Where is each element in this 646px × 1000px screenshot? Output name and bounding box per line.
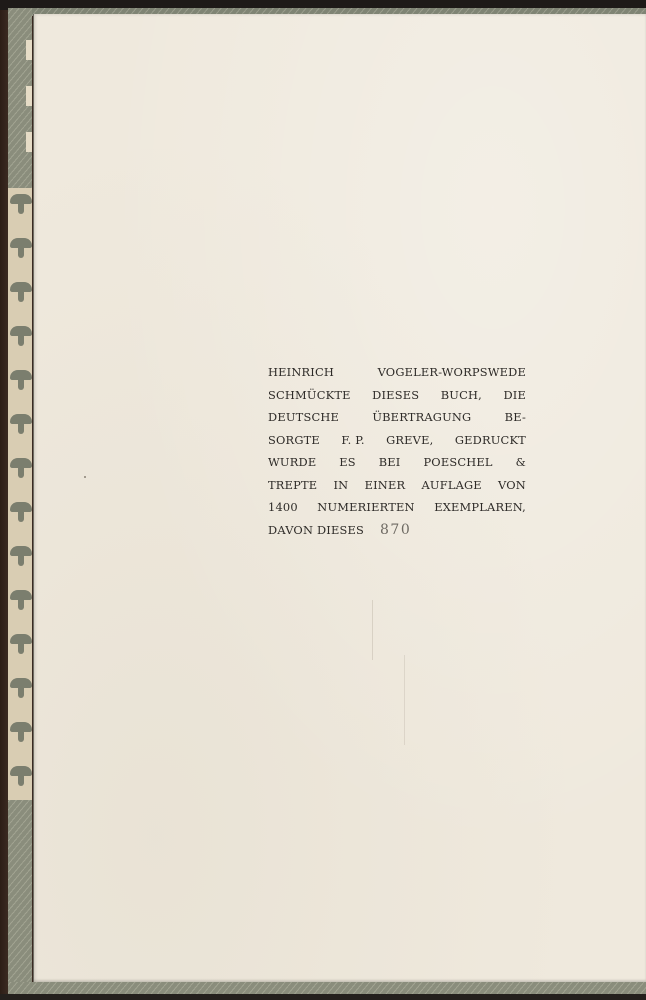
paper-crease bbox=[372, 600, 373, 660]
word: & bbox=[516, 451, 526, 474]
cloth-binding-left-bottom bbox=[8, 800, 32, 1000]
cloth-notch bbox=[26, 132, 32, 152]
paper-speck bbox=[84, 476, 86, 478]
colophon-line: SCHMÜCKTEDIESESBUCH,DIE bbox=[268, 384, 526, 407]
mushroom-icon bbox=[10, 546, 32, 568]
word: WURDE bbox=[268, 451, 316, 474]
word: DIESES bbox=[372, 384, 419, 407]
mushroom-icon bbox=[10, 194, 32, 216]
word: SORGTE bbox=[268, 429, 320, 452]
mushroom-endpaper-strip bbox=[8, 188, 32, 800]
book-cover-edge bbox=[0, 0, 8, 1000]
colophon-line: HEINRICHVOGELER-WORPSWEDE bbox=[268, 361, 526, 384]
word: TREPTE bbox=[268, 474, 317, 497]
word: 1400 bbox=[268, 496, 298, 519]
colophon-line-copy-number: DAVON DIESES 870 bbox=[268, 519, 526, 542]
mushroom-icon bbox=[10, 722, 32, 744]
word: BE- bbox=[505, 406, 526, 429]
word: VON bbox=[498, 474, 526, 497]
word: GEDRUCKT bbox=[455, 429, 526, 452]
word: NUMERIERTEN bbox=[317, 496, 414, 519]
word: F. P. bbox=[341, 429, 364, 452]
word: EINER bbox=[365, 474, 406, 497]
word: BUCH, bbox=[441, 384, 482, 407]
copy-number-stamp: 870 bbox=[380, 519, 411, 542]
colophon-line: DEUTSCHEÜBERTRAGUNGBE- bbox=[268, 406, 526, 429]
mushroom-icon bbox=[10, 370, 32, 392]
mushroom-icon bbox=[10, 678, 32, 700]
word: IN bbox=[333, 474, 348, 497]
word: ÜBERTRAGUNG bbox=[372, 406, 471, 429]
colophon-line: 1400NUMERIERTENEXEMPLAREN, bbox=[268, 496, 526, 519]
cloth-notch bbox=[26, 86, 32, 106]
cloth-notch bbox=[26, 40, 32, 60]
mushroom-icon bbox=[10, 326, 32, 348]
colophon-line: SORGTEF. P.GREVE,GEDRUCKT bbox=[268, 429, 526, 452]
mushroom-icon bbox=[10, 502, 32, 524]
word: DEUTSCHE bbox=[268, 406, 339, 429]
word: AUFLAGE bbox=[421, 474, 481, 497]
mushroom-icon bbox=[10, 766, 32, 788]
word: BEI bbox=[379, 451, 401, 474]
paper-crease bbox=[404, 655, 405, 745]
mushroom-icon bbox=[10, 414, 32, 436]
colophon-line: TREPTEINEINERAUFLAGEVON bbox=[268, 474, 526, 497]
colophon-line: WURDEESBEIPOESCHEL& bbox=[268, 451, 526, 474]
mushroom-icon bbox=[10, 458, 32, 480]
mushroom-icon bbox=[10, 238, 32, 260]
colophon-text-block: HEINRICHVOGELER-WORPSWEDE SCHMÜCKTEDIESE… bbox=[268, 361, 526, 541]
word: DIE bbox=[503, 384, 526, 407]
davon-dieses-label: DAVON DIESES bbox=[268, 519, 364, 542]
word: POESCHEL bbox=[423, 451, 492, 474]
word: EXEMPLAREN, bbox=[434, 496, 526, 519]
word: VOGELER-WORPSWEDE bbox=[378, 361, 526, 384]
word: SCHMÜCKTE bbox=[268, 384, 351, 407]
mushroom-icon bbox=[10, 634, 32, 656]
mushroom-icon bbox=[10, 590, 32, 612]
page-gutter-line bbox=[33, 14, 34, 982]
word: ES bbox=[339, 451, 356, 474]
word: HEINRICH bbox=[268, 361, 334, 384]
mushroom-icon bbox=[10, 282, 32, 304]
book-bottom-edge bbox=[0, 994, 646, 1000]
word: GREVE, bbox=[386, 429, 433, 452]
